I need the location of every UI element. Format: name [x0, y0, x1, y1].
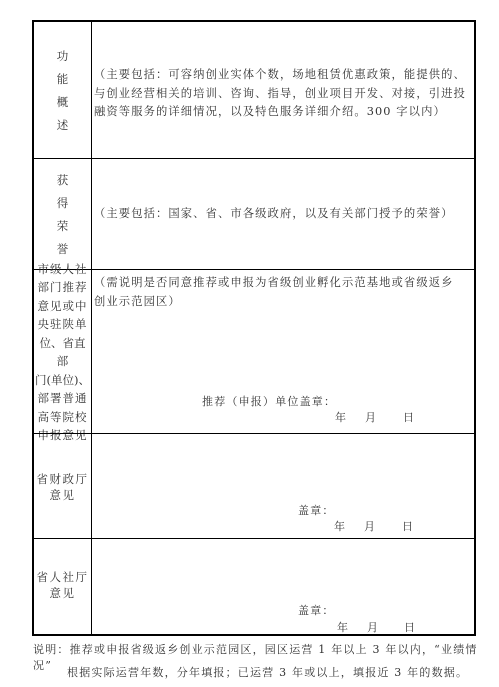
label-char: 概	[57, 91, 69, 114]
row-function-overview: 功 能 概 述 （主要包括：可容纳创业实体个数，场地租赁优惠政策，能提供的、与创…	[34, 22, 474, 159]
label-honors: 获 得 荣 誉	[34, 159, 92, 270]
label-line: 省财政厅	[37, 471, 89, 487]
row-hrss-dept-opinion: 省人社厅 意见 盖章： 年 月 日	[34, 538, 474, 636]
seal-label: 盖章：	[298, 502, 335, 518]
seal-label: 推荐（申报）单位盖章：	[202, 393, 336, 409]
label-line: 部门推荐	[35, 278, 90, 297]
label-char: 述	[57, 114, 69, 137]
function-overview-field[interactable]: （主要包括：可容纳创业实体个数，场地租赁优惠政策，能提供的、与创业经营相关的培训…	[92, 22, 474, 159]
label-hrss-dept-opinion: 省人社厅 意见	[34, 539, 92, 636]
finance-dept-opinion-field[interactable]: 盖章： 年 月 日	[92, 434, 474, 539]
label-char: 获	[57, 169, 69, 192]
function-overview-instructions: （主要包括：可容纳创业实体个数，场地租赁优惠政策，能提供的、与创业经营相关的培训…	[94, 66, 472, 122]
label-line: 意见	[37, 585, 89, 601]
hrss-dept-opinion-field[interactable]: 盖章： 年 月 日	[92, 539, 474, 636]
label-function-overview: 功 能 概 述	[34, 22, 92, 159]
label-line: 市级人社	[35, 260, 90, 279]
label-line: 部署普通	[35, 389, 90, 408]
day-label: 日	[402, 518, 413, 534]
label-line: 央驻陕单	[35, 315, 90, 334]
row-city-recommendation: 市级人社 部门推荐 意见或中 央驻陕单 位、省直部 门(单位)、 部署普通 高等…	[34, 269, 474, 434]
row-honors: 获 得 荣 誉 （主要包括：国家、省、市各级政府，以及有关部门授予的荣誉）	[34, 158, 474, 270]
month-label: 月	[364, 518, 375, 534]
label-line: 意见	[37, 487, 89, 503]
label-char: 功	[57, 45, 69, 68]
honors-field[interactable]: （主要包括：国家、省、市各级政府，以及有关部门授予的荣誉）	[92, 159, 474, 270]
application-form-table: 功 能 概 述 （主要包括：可容纳创业实体个数，场地租赁优惠政策，能提供的、与创…	[32, 20, 476, 636]
footnote-line-2: 根据实际运营年数，分年填报；已运营 3 年或以上，填报近 3 年的数据。	[67, 664, 487, 680]
honors-instructions: （主要包括：国家、省、市各级政府，以及有关部门授予的荣誉）	[94, 205, 472, 224]
label-char: 能	[57, 68, 69, 91]
label-char: 誉	[57, 238, 69, 261]
seal-label: 盖章：	[298, 602, 335, 618]
label-line: 意见或中	[35, 297, 90, 316]
label-line: 省人社厅	[37, 569, 89, 585]
label-city-recommendation: 市级人社 部门推荐 意见或中 央驻陕单 位、省直部 门(单位)、 部署普通 高等…	[34, 270, 92, 434]
city-recommendation-instructions: （需说明是否同意推荐或申报为省级创业孵化示范基地或省级返乡创业示范园区）	[94, 274, 464, 311]
year-label: 年	[337, 619, 348, 635]
month-label: 月	[365, 409, 376, 425]
year-label: 年	[334, 518, 345, 534]
day-label: 日	[404, 619, 415, 635]
day-label: 日	[403, 409, 414, 425]
label-line: 门(单位)、	[35, 371, 90, 390]
label-char: 荣	[57, 215, 69, 238]
year-label: 年	[335, 409, 346, 425]
city-recommendation-field[interactable]: （需说明是否同意推荐或申报为省级创业孵化示范基地或省级返乡创业示范园区） 推荐（…	[92, 270, 474, 434]
month-label: 月	[367, 619, 378, 635]
label-char: 得	[57, 192, 69, 215]
row-finance-dept-opinion: 省财政厅 意见 盖章： 年 月 日	[34, 433, 474, 539]
label-finance-dept-opinion: 省财政厅 意见	[34, 434, 92, 539]
label-line: 位、省直部	[35, 334, 90, 371]
label-line: 高等院校	[35, 408, 90, 427]
